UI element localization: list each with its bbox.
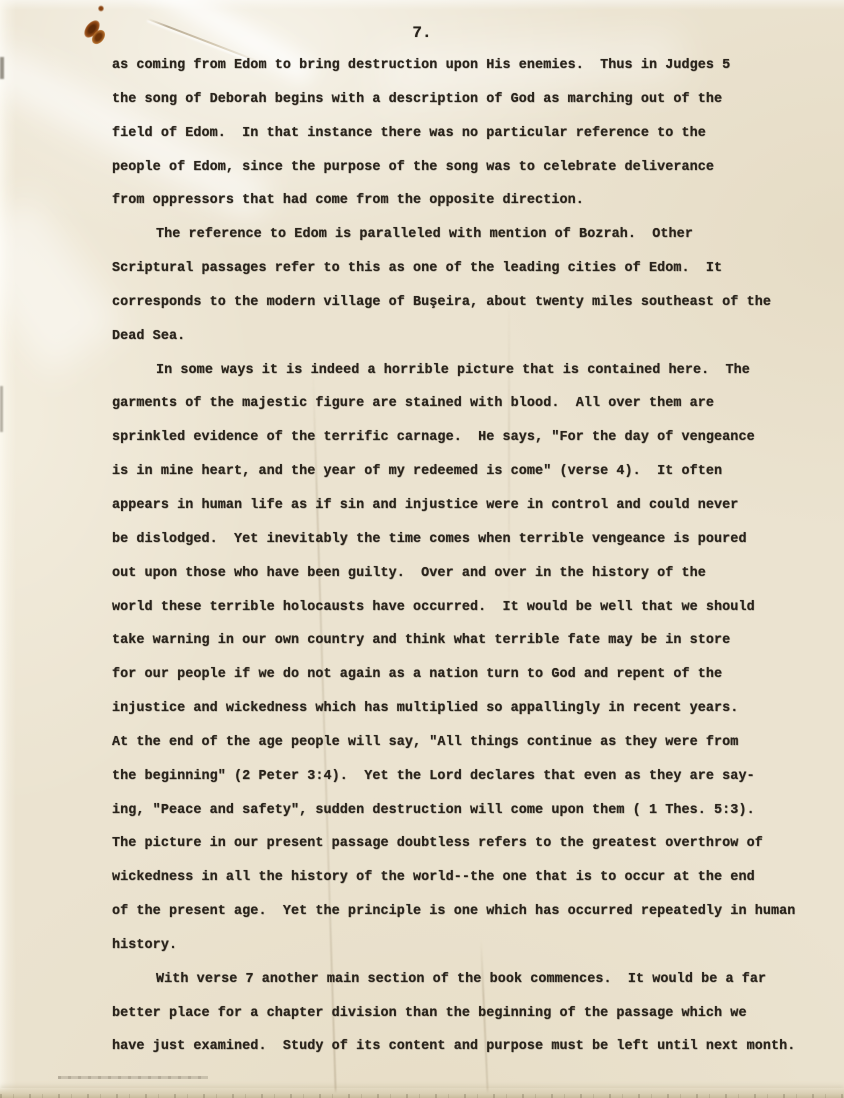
- text-line: the song of Deborah begins with a descri…: [112, 83, 822, 117]
- text-line: world these terrible holocausts have occ…: [112, 591, 822, 625]
- text-line: out upon those who have been guilty. Ove…: [112, 557, 822, 591]
- scan-edge-mark: [58, 1076, 208, 1079]
- edge-specks: [0, 1094, 844, 1098]
- text-line: better place for a chapter division than…: [112, 997, 822, 1031]
- text-line: ing, "Peace and safety", sudden destruct…: [112, 794, 822, 828]
- text-line: the beginning" (2 Peter 3:4). Yet the Lo…: [112, 760, 822, 794]
- scanned-document-page: 7. as coming from Edom to bring destruct…: [0, 0, 844, 1098]
- paragraph: With verse 7 another main section of the…: [112, 963, 822, 1065]
- text-line: Scriptural passages refer to this as one…: [112, 252, 822, 286]
- typewritten-text-block: as coming from Edom to bring destruction…: [112, 49, 822, 1064]
- text-line: for our people if we do not again as a n…: [112, 658, 822, 692]
- text-line: In some ways it is indeed a horrible pic…: [112, 354, 822, 388]
- text-line: Dead Sea.: [112, 320, 822, 354]
- page-number: 7.: [0, 21, 844, 45]
- page-bottom-edge: [0, 1088, 844, 1098]
- text-line: from oppressors that had come from the o…: [112, 184, 822, 218]
- paragraph: The reference to Edom is paralleled with…: [112, 218, 822, 353]
- text-line: of the present age. Yet the principle is…: [112, 895, 822, 929]
- text-line: wickedness in all the history of the wor…: [112, 861, 822, 895]
- paragraph: as coming from Edom to bring destruction…: [112, 49, 822, 218]
- text-line: corresponds to the modern village of Buş…: [112, 286, 822, 320]
- scan-edge-mark: [0, 57, 4, 79]
- text-line: The reference to Edom is paralleled with…: [112, 218, 822, 252]
- text-line: The picture in our present passage doubt…: [112, 827, 822, 861]
- text-line: as coming from Edom to bring destruction…: [112, 49, 822, 83]
- text-line: appears in human life as if sin and inju…: [112, 489, 822, 523]
- paragraph: In some ways it is indeed a horrible pic…: [112, 354, 822, 963]
- text-line: be dislodged. Yet inevitably the time co…: [112, 523, 822, 557]
- text-line: injustice and wickedness which has multi…: [112, 692, 822, 726]
- scan-edge-mark: [0, 386, 3, 432]
- paper-crease-highlight: [0, 194, 123, 377]
- text-line: history.: [112, 929, 822, 963]
- text-line: garments of the majestic figure are stai…: [112, 387, 822, 421]
- text-line: take warning in our own country and thin…: [112, 624, 822, 658]
- text-line: have just examined. Study of its content…: [112, 1030, 822, 1064]
- text-line: With verse 7 another main section of the…: [112, 963, 822, 997]
- text-line: field of Edom. In that instance there wa…: [112, 117, 822, 151]
- text-line: is in mine heart, and the year of my red…: [112, 455, 822, 489]
- text-line: sprinkled evidence of the terrific carna…: [112, 421, 822, 455]
- text-line: At the end of the age people will say, "…: [112, 726, 822, 760]
- text-line: people of Edom, since the purpose of the…: [112, 151, 822, 185]
